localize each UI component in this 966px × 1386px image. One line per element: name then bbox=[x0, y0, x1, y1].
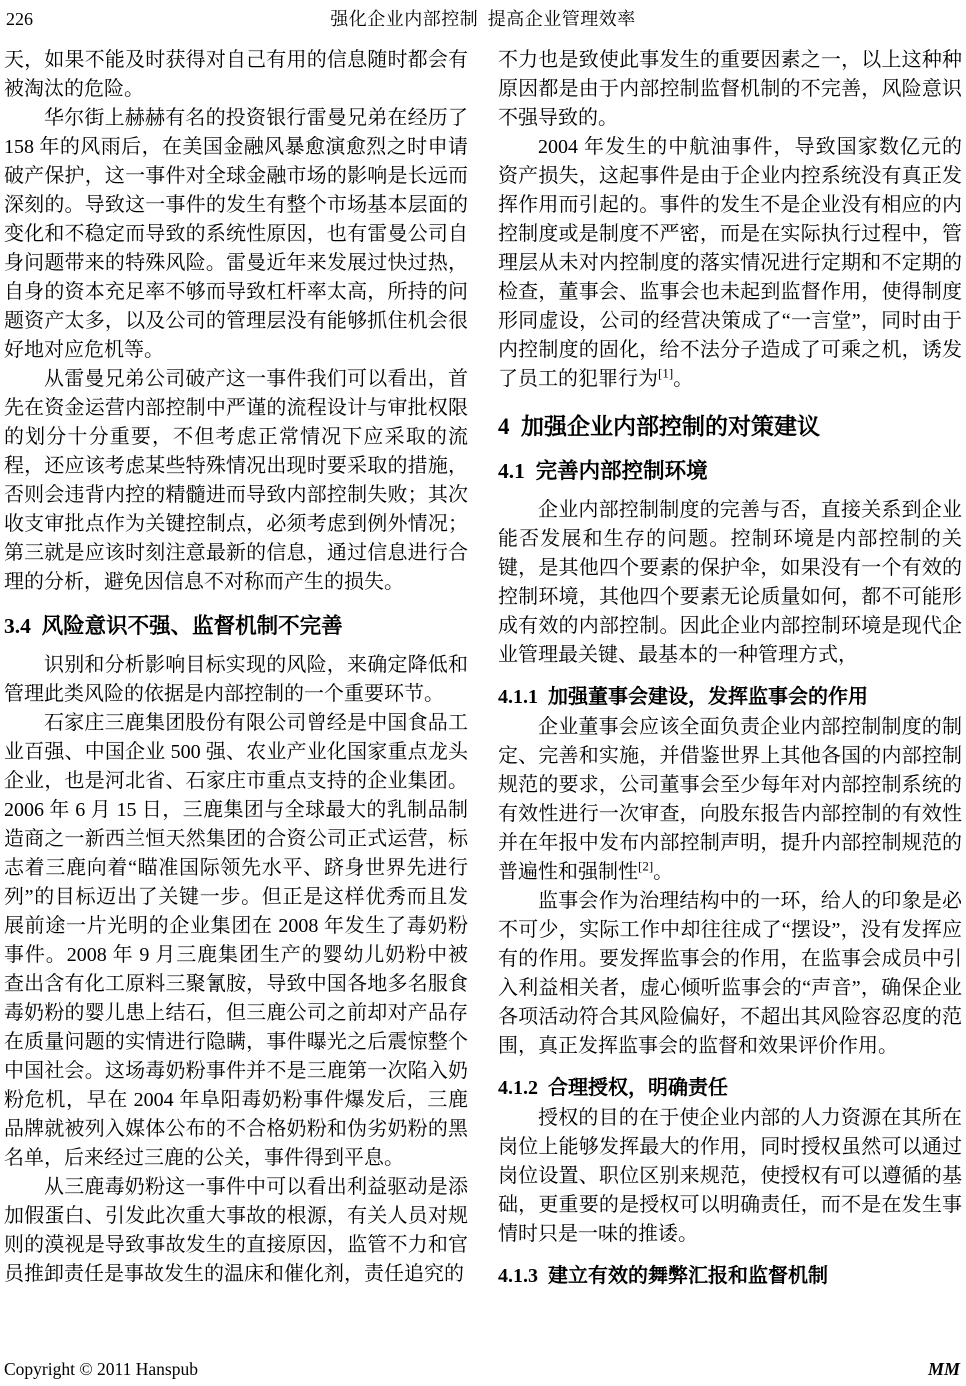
paragraph: 企业董事会应该全面负责企业内部控制制度的制定、完善和实施，并借鉴世界上其他各国的… bbox=[498, 713, 962, 887]
paragraph-text: 。 bbox=[673, 368, 693, 390]
section-heading-4: 4 加强企业内部控制的对策建议 bbox=[498, 412, 962, 442]
section-heading-4-1: 4.1 完善内部控制环境 bbox=[498, 457, 962, 485]
running-title: 强化企业内部控制 提高企业管理效率 bbox=[4, 8, 962, 30]
section-heading-4-1-3: 4.1.3 建立有效的舞弊汇报和监督机制 bbox=[498, 1262, 962, 1290]
page-header: 226 强化企业内部控制 提高企业管理效率 bbox=[4, 8, 962, 34]
section-heading-4-1-2: 4.1.2 合理授权，明确责任 bbox=[498, 1074, 962, 1102]
paper-page: 226 强化企业内部控制 提高企业管理效率 天，如果不能及时获得对自己有用的信息… bbox=[0, 0, 966, 1386]
paragraph: 从三鹿毒奶粉这一事件中可以看出利益驱动是添加假蛋白、引发此次重大事故的根源，有关… bbox=[4, 1173, 468, 1289]
paragraph: 企业内部控制制度的完善与否，直接关系到企业能否发展和生存的问题。控制环境是内部控… bbox=[498, 496, 962, 670]
paragraph-text: 。 bbox=[653, 861, 673, 883]
citation-ref-2: [2] bbox=[638, 858, 653, 873]
journal-mark: MM bbox=[928, 1359, 960, 1380]
section-heading-3-4: 3.4 风险意识不强、监督机制不完善 bbox=[4, 612, 468, 640]
page-footer: Copyright © 2011 Hanspub MM bbox=[4, 1359, 960, 1380]
right-column: 不力也是致使此事发生的重要因素之一，以上这种种原因都是由于内部控制监督机制的不完… bbox=[498, 46, 962, 1334]
paragraph: 石家庄三鹿集团股份有限公司曾经是中国食品工业百强、中国企业 500 强、农业产业… bbox=[4, 709, 468, 1173]
paragraph: 授权的目的在于使企业内部的人力资源在其所在岗位上能够发挥最大的作用，同时授权虽然… bbox=[498, 1104, 962, 1249]
citation-ref-1: [1] bbox=[658, 365, 673, 380]
paragraph: 2004 年发生的中航油事件，导致国家数亿元的资产损失，这起事件是由于企业内控系… bbox=[498, 133, 962, 394]
paragraph: 华尔街上赫赫有名的投资银行雷曼兄弟在经历了 158 年的风雨后，在美国金融风暴愈… bbox=[4, 104, 468, 365]
copyright-text: Copyright © 2011 Hanspub bbox=[4, 1359, 198, 1380]
paragraph: 监事会作为治理结构中的一环，给人的印象是必不可少，实际工作中却往往成了“摆设”，… bbox=[498, 887, 962, 1061]
paragraph: 从雷曼兄弟公司破产这一事件我们可以看出，首先在资金运营内部控制中严谨的流程设计与… bbox=[4, 365, 468, 597]
paragraph-text: 2004 年发生的中航油事件，导致国家数亿元的资产损失，这起事件是由于企业内控系… bbox=[498, 136, 962, 390]
paragraph: 识别和分析影响目标实现的风险，来确定降低和管理此类风险的依据是内部控制的一个重要… bbox=[4, 651, 468, 709]
paragraph-text: 企业董事会应该全面负责企业内部控制制度的制定、完善和实施，并借鉴世界上其他各国的… bbox=[498, 716, 962, 883]
section-heading-4-1-1: 4.1.1 加强董事会建设，发挥监事会的作用 bbox=[498, 683, 962, 711]
paragraph: 不力也是致使此事发生的重要因素之一，以上这种种原因都是由于内部控制监督机制的不完… bbox=[498, 46, 962, 133]
two-column-body: 天，如果不能及时获得对自己有用的信息随时都会有被淘汰的危险。 华尔街上赫赫有名的… bbox=[4, 46, 962, 1334]
paragraph: 天，如果不能及时获得对自己有用的信息随时都会有被淘汰的危险。 bbox=[4, 46, 468, 104]
left-column: 天，如果不能及时获得对自己有用的信息随时都会有被淘汰的危险。 华尔街上赫赫有名的… bbox=[4, 46, 468, 1334]
